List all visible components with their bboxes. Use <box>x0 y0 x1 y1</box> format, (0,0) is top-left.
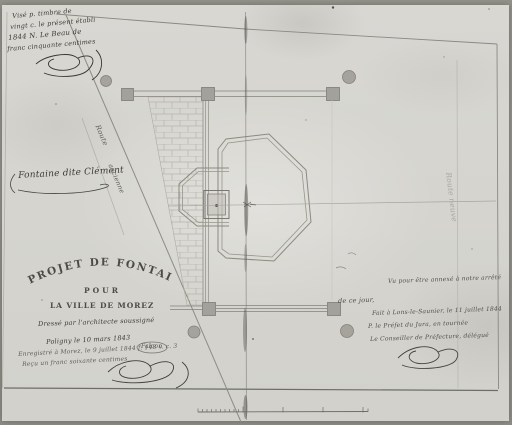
tree-circle <box>341 325 354 338</box>
tree-circle <box>188 326 200 338</box>
railing-post-square <box>203 303 216 316</box>
prefect-signature <box>398 347 458 369</box>
frame-border-right <box>497 44 499 389</box>
frame-border-top <box>56 14 497 44</box>
railing-post-square <box>202 88 215 101</box>
frame-border-bottom <box>4 388 498 391</box>
architect-signature <box>108 361 188 388</box>
top-railing-lines <box>134 91 326 97</box>
tree-circle <box>101 76 112 87</box>
title-city: LA VILLE DE MOREZ <box>50 301 154 310</box>
fold-crease-blots <box>243 16 248 419</box>
scanned-plan-document: PROJET DE FONTAINE Visé p. timbre de vin… <box>0 0 512 425</box>
sheet-left-edge <box>3 12 8 388</box>
railing-post-square <box>327 88 340 101</box>
approval-small-marks <box>336 253 356 269</box>
approval-line: de ce jour, <box>338 297 375 305</box>
tree-circle <box>343 71 356 84</box>
title-pour: POUR <box>84 286 121 295</box>
scale-bar <box>198 407 368 413</box>
railing-post-square <box>122 89 134 101</box>
large-basin-outer <box>218 134 311 261</box>
